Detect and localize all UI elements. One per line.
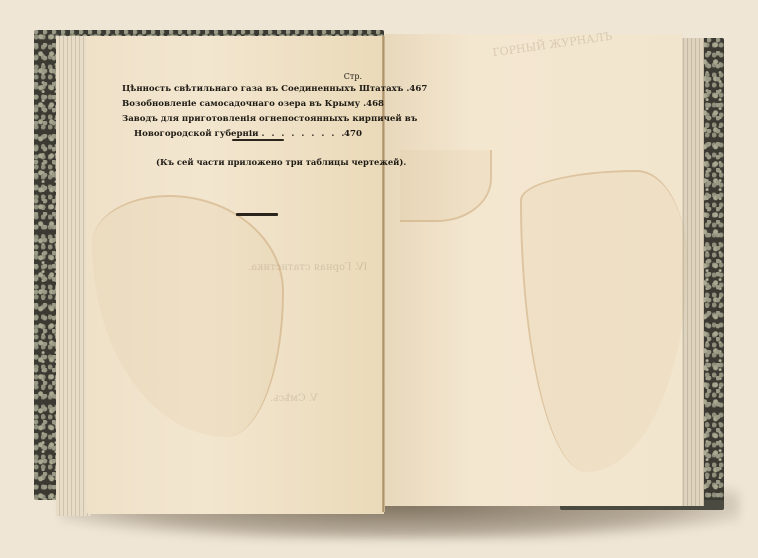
appendix-note: (Къ сей части приложено три таблицы черт… [156,157,406,167]
toc-entry: Заводъ для приготовленія огнепостоянныхъ… [122,112,362,127]
toc-entry-title: Возобновленіе самосадочнаго озера въ Кры… [122,97,360,112]
page-column-header: Стр. [122,72,362,82]
toc-entry-page: 467 [409,82,427,97]
toc-entry-title: Цѣнность свѣтильнаго газа въ Соединенных… [122,82,403,97]
toc-entry-title: Заводъ для приготовленія огнепостоянныхъ… [122,112,417,127]
table-of-contents: Стр. Цѣнность свѣтильнаго газа въ Соедин… [122,72,362,142]
toc-entry-page: 470 [344,127,362,142]
section-divider-rule [232,139,284,141]
end-ornament-rule [236,213,278,216]
toc-entry: Цѣнность свѣтильнаго газа въ Соединенных… [122,82,362,97]
bleed-through-section-v: V. Смѣсь. [270,393,318,404]
bleed-through-section-iv: IV. Горная статистика. [248,262,367,273]
toc-entry: Возобновленіе самосадочнаго озера въ Кры… [122,97,362,112]
toc-entry-page: 468 [366,97,384,112]
